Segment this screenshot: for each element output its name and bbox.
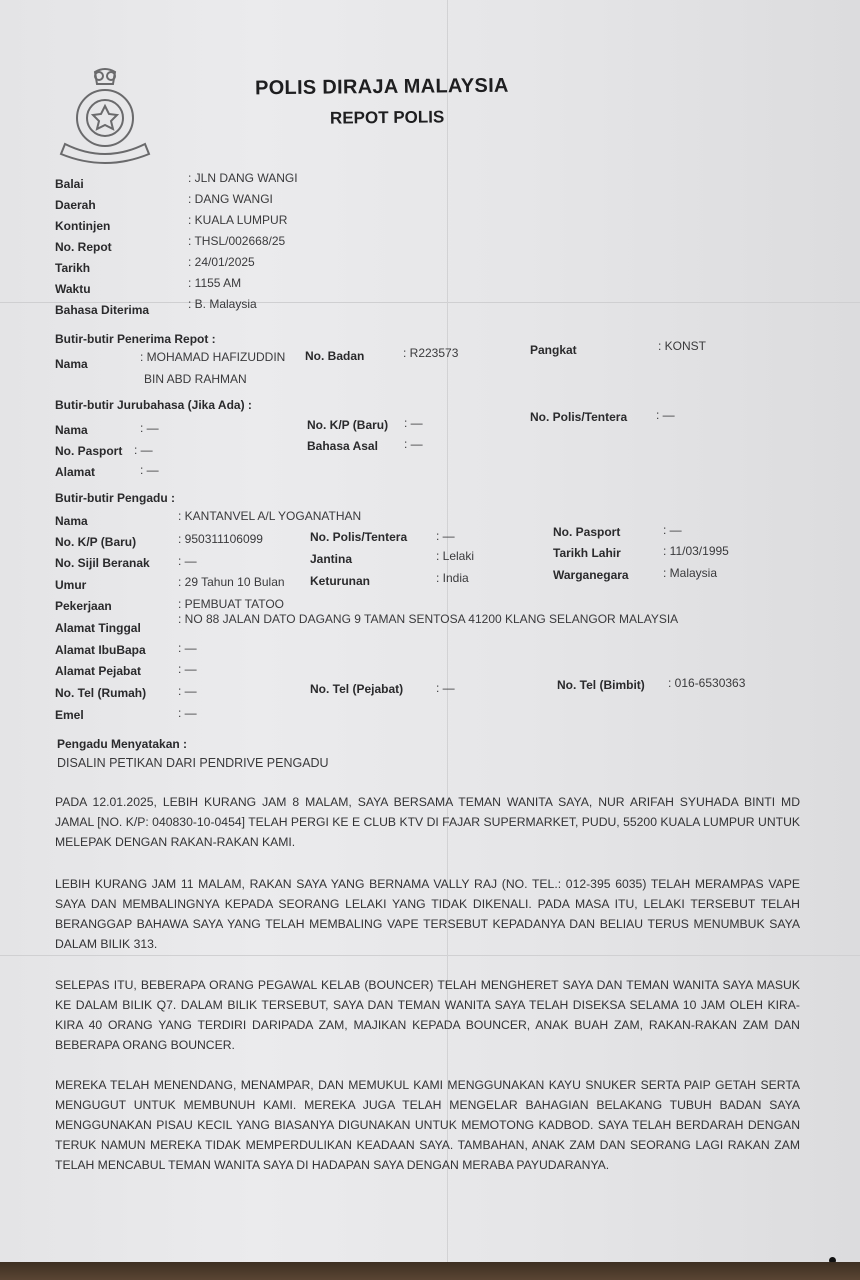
complainant-office-tel-label: No. Tel (Pejabat) <box>310 682 403 696</box>
statement-paragraph: LEBIH KURANG JAM 11 MALAM, RAKAN SAYA YA… <box>55 874 800 954</box>
receiver-badge-value: : R223573 <box>403 346 458 360</box>
interpreter-section-title: Butir-butir Jurubahasa (Jika Ada) : <box>55 398 252 412</box>
report-info-value: : 1155 AM <box>188 276 241 290</box>
interpreter-police-label: No. Polis/Tentera <box>530 410 627 424</box>
complainant-email-label: Emel <box>55 708 84 722</box>
paper-fold-line <box>447 0 448 1262</box>
complainant-gender-value: : Lelaki <box>436 549 474 563</box>
interpreter-police-value: : — <box>656 408 675 422</box>
interpreter-passport-label: No. Pasport <box>55 444 122 458</box>
statement-paragraph: MEREKA TELAH MENENDANG, MENAMPAR, DAN ME… <box>55 1075 800 1175</box>
interpreter-language-label: Bahasa Asal <box>307 439 378 453</box>
report-info-label: Bahasa Diterima <box>55 303 149 317</box>
receiver-rank-label: Pangkat <box>530 343 577 357</box>
complainant-passport-value: : — <box>663 523 682 537</box>
interpreter-address-label: Alamat <box>55 465 95 479</box>
complainant-birth-cert-label: No. Sijil Beranak <box>55 556 150 570</box>
complainant-dob-label: Tarikh Lahir <box>553 546 621 560</box>
complainant-age-value: : 29 Tahun 10 Bulan <box>178 575 285 589</box>
report-info-value: : B. Malaysia <box>188 297 257 311</box>
complainant-mobile-value: : 016-6530363 <box>668 676 745 690</box>
complainant-home-address-label: Alamat Tinggal <box>55 621 141 635</box>
interpreter-address-value: : — <box>140 463 159 477</box>
report-info-value: : KUALA LUMPUR <box>188 213 287 227</box>
complainant-name-value: : KANTANVEL A/L YOGANATHAN <box>178 509 361 523</box>
complainant-birth-cert-value: : — <box>178 554 197 568</box>
complainant-name-label: Nama <box>55 514 88 528</box>
table-surface <box>0 1262 860 1280</box>
complainant-parent-address-label: Alamat IbuBapa <box>55 643 146 657</box>
receiver-name-value: : MOHAMAD HAFIZUDDIN <box>140 350 285 364</box>
interpreter-ic-label: No. K/P (Baru) <box>307 418 388 432</box>
interpreter-language-value: : — <box>404 437 423 451</box>
complainant-ic-label: No. K/P (Baru) <box>55 535 136 549</box>
report-info-label: Tarikh <box>55 261 90 275</box>
complainant-race-value: : India <box>436 571 469 585</box>
report-info-label: Daerah <box>55 198 96 212</box>
complainant-section-title: Butir-butir Pengadu : <box>55 491 175 505</box>
report-info-value: : THSL/002668/25 <box>188 234 285 248</box>
interpreter-ic-value: : — <box>404 416 423 430</box>
complainant-citizenship-label: Warganegara <box>553 568 629 582</box>
complainant-office-tel-value: : — <box>436 681 455 695</box>
complainant-citizenship-value: : Malaysia <box>663 566 717 580</box>
interpreter-passport-value: : — <box>134 443 153 457</box>
report-info-label: Kontinjen <box>55 219 110 233</box>
page-title: POLIS DIRAJA MALAYSIA <box>255 75 509 101</box>
complainant-home-address-value: : NO 88 JALAN DATO DAGANG 9 TAMAN SENTOS… <box>178 612 678 626</box>
receiver-badge-label: No. Badan <box>305 349 364 363</box>
complainant-office-address-label: Alamat Pejabat <box>55 664 141 678</box>
report-info-label: Waktu <box>55 282 91 296</box>
complainant-email-value: : — <box>178 706 197 720</box>
report-info-label: No. Repot <box>55 240 112 254</box>
paper-fold-line <box>0 955 860 956</box>
complainant-race-label: Keturunan <box>310 574 370 588</box>
complainant-gender-label: Jantina <box>310 552 352 566</box>
complainant-police-value: : — <box>436 529 455 543</box>
statement-intro: DISALIN PETIKAN DARI PENDRIVE PENGADU <box>57 756 329 770</box>
interpreter-name-value: : — <box>140 421 159 435</box>
report-info-value: : JLN DANG WANGI <box>188 171 298 185</box>
report-info-value: : 24/01/2025 <box>188 255 255 269</box>
complainant-dob-value: : 11/03/1995 <box>663 544 729 558</box>
report-info-label: Balai <box>55 177 84 191</box>
receiver-section-title: Butir-butir Penerima Repot : <box>55 332 216 346</box>
interpreter-name-label: Nama <box>55 423 88 437</box>
complainant-office-address-value: : — <box>178 662 197 676</box>
statement-section-title: Pengadu Menyatakan : <box>57 737 187 751</box>
complainant-age-label: Umur <box>55 578 86 592</box>
statement-paragraph: SELEPAS ITU, BEBERAPA ORANG PEGAWAL KELA… <box>55 975 800 1055</box>
complainant-home-tel-value: : — <box>178 684 197 698</box>
statement-paragraph: PADA 12.01.2025, LEBIH KURANG JAM 8 MALA… <box>55 792 800 852</box>
receiver-name-label: Nama <box>55 357 88 371</box>
complainant-police-label: No. Polis/Tentera <box>310 530 407 544</box>
complainant-ic-value: : 950311106099 <box>178 532 263 546</box>
receiver-name-value-2: BIN ABD RAHMAN <box>144 372 247 386</box>
complainant-mobile-label: No. Tel (Bimbit) <box>557 678 645 692</box>
receiver-rank-value: : KONST <box>658 339 706 353</box>
page-subtitle: REPOT POLIS <box>330 107 445 128</box>
complainant-parent-address-value: : — <box>178 641 197 655</box>
complainant-occupation-value: : PEMBUAT TATOO <box>178 597 284 611</box>
complainant-passport-label: No. Pasport <box>553 525 620 539</box>
report-info-value: : DANG WANGI <box>188 192 273 206</box>
pdrm-crest-icon <box>55 66 155 166</box>
police-report-paper: POLIS DIRAJA MALAYSIA REPOT POLIS Balai:… <box>0 0 860 1262</box>
complainant-home-tel-label: No. Tel (Rumah) <box>55 686 146 700</box>
complainant-occupation-label: Pekerjaan <box>55 599 112 613</box>
